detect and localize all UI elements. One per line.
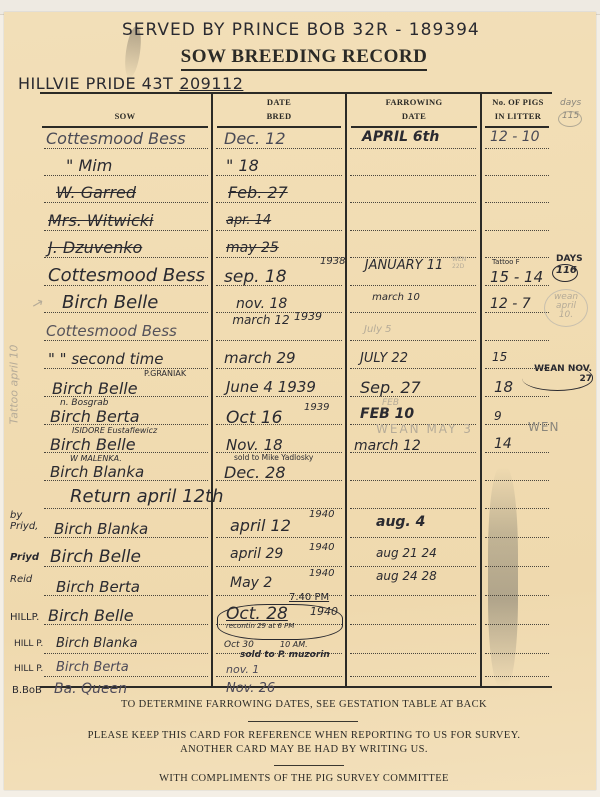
sow-cell: Ba. Queen bbox=[54, 681, 127, 697]
date-bred-cell: march 29 bbox=[224, 349, 296, 367]
farrowing-cell: aug. 4 bbox=[376, 514, 425, 530]
header-farrowing-2: DATE bbox=[348, 109, 480, 123]
date-bred-cell: may 25 bbox=[226, 240, 279, 256]
date-bred-cell: sep. 18 bbox=[224, 267, 287, 287]
sow-cell: Birch Belle bbox=[50, 547, 141, 567]
date-bred-cell: march 12 bbox=[226, 314, 296, 327]
card-title-text: SOW BREEDING RECORD bbox=[181, 46, 428, 71]
farrowing-cell: APRIL 6th bbox=[362, 129, 439, 145]
litter-cell: 12 - 7 bbox=[490, 296, 531, 312]
date-bred-cell: Dec. 12 bbox=[224, 129, 286, 148]
days-label-115: days bbox=[560, 98, 581, 108]
herd-line: HILLVIE PRIDE 43T209112 bbox=[18, 74, 243, 93]
compliments-line: WITH COMPLIMENTS OF THE PIG SURVEY COMMI… bbox=[4, 772, 600, 786]
sow-cell: Birch Blanka bbox=[50, 463, 144, 481]
header-pigs-2: IN LITTER bbox=[483, 109, 553, 123]
sow-cell: Birch Berta bbox=[50, 407, 140, 426]
date-bred-cell: Oct 30 bbox=[224, 640, 254, 650]
header-farrowing-1: FARROWING bbox=[348, 95, 480, 109]
date-bred-cell: " 18 bbox=[226, 156, 259, 175]
header-rule-sow bbox=[42, 126, 208, 128]
litter-cell: 15 bbox=[492, 350, 507, 364]
date-bred-cell: Nov. 18 bbox=[226, 436, 283, 454]
sow-cell: " Mim bbox=[66, 156, 112, 175]
days-label-116: DAYS bbox=[556, 254, 583, 264]
sow-cell: Cottesmood Bess bbox=[48, 265, 205, 286]
sow-cell: Birch Belle bbox=[48, 606, 134, 625]
litter-cell: 12 - 10 bbox=[490, 129, 540, 145]
date-bred-cell: Oct 16 bbox=[226, 408, 282, 428]
wean-nov-note: WEAN NOV. 27 bbox=[524, 364, 592, 384]
footer-divider-1 bbox=[248, 721, 358, 722]
sow-cell: Birch Blanka bbox=[56, 636, 138, 651]
tattoo-note: Tattoo F bbox=[492, 258, 520, 266]
farrowing-cell: Sep. 27 bbox=[360, 378, 421, 397]
served-by-note: SERVED BY PRINCE BOB 32R - 189394 bbox=[122, 20, 480, 40]
sold-note: sold to P. muzorin bbox=[240, 650, 330, 660]
sow-cell: Birch Belle bbox=[50, 435, 136, 454]
arrow-icon: → bbox=[29, 294, 47, 314]
header-date-bred-2: BRED bbox=[214, 109, 344, 123]
date-bred-cell: Nov. 26 bbox=[226, 681, 275, 696]
sold-note: sold to Mike Yadlosky bbox=[234, 453, 313, 462]
sow-prefix: HILL P. bbox=[14, 664, 43, 674]
sow-cell: J. Dzuvenko bbox=[48, 238, 142, 257]
litter-cell: 15 - 14 bbox=[490, 268, 543, 286]
sow-cell: " " second time bbox=[48, 350, 164, 368]
wen-note: WEN bbox=[528, 420, 559, 434]
column-divider-bred bbox=[345, 92, 347, 688]
sow-cell: Birch Berta bbox=[56, 578, 140, 596]
date-bred-cell: Oct. 28 bbox=[226, 604, 288, 624]
bred-time: 7.40 PM bbox=[289, 592, 329, 603]
days-value-116: 116 bbox=[556, 265, 577, 276]
table-top-rule bbox=[40, 92, 552, 94]
keep-card-line-2: ANOTHER CARD MAY BE HAD BY WRITING US. bbox=[4, 743, 600, 757]
farrowing-cell: march 10 bbox=[356, 290, 436, 305]
sow-prefix: B.BoB bbox=[12, 685, 42, 696]
tattoo-side-note: Tattoo april 10 bbox=[7, 345, 20, 425]
sow-owner-note: W MALENKA. bbox=[70, 454, 122, 463]
date-bred-cell: June 4 1939 bbox=[226, 378, 316, 396]
header-rule-bred bbox=[217, 126, 341, 128]
card-title: SOW BREEDING RECORD bbox=[4, 46, 600, 68]
header-rule-pigs bbox=[485, 126, 549, 128]
herd-number: 209112 bbox=[179, 74, 243, 93]
sow-prefix: by Priyd, bbox=[10, 510, 44, 532]
sow-prefix: Priyd bbox=[10, 552, 39, 563]
keep-card-line-1: PLEASE KEEP THIS CARD FOR REFERENCE WHEN… bbox=[4, 729, 600, 743]
farrowing-cell: JULY 22 bbox=[360, 351, 408, 366]
return-note: Return april 12th bbox=[70, 486, 224, 507]
sow-cell: Birch Belle bbox=[62, 292, 158, 313]
date-bred-year: 1939 bbox=[294, 310, 322, 323]
date-bred-year: 1940 bbox=[309, 509, 334, 520]
herd-name: HILLVIE PRIDE 43T bbox=[18, 74, 173, 93]
date-bred-cell: april 29 bbox=[230, 546, 283, 562]
header-sow: SOW bbox=[40, 109, 210, 123]
date-bred-cell: nov. 1 bbox=[226, 663, 259, 676]
litter-cell: 14 bbox=[494, 436, 512, 452]
date-bred-year: 1939 bbox=[304, 402, 329, 413]
recontin-note: recontin 29 at 6 PM bbox=[226, 622, 294, 630]
sow-prefix: HILLP. bbox=[10, 612, 39, 623]
litter-cell: 9 bbox=[494, 409, 502, 423]
wen-jan-note: WEN 22D bbox=[452, 256, 474, 270]
date-bred-cell: Dec. 28 bbox=[224, 463, 286, 482]
wean-may-note: WEAN MAY 3 bbox=[376, 422, 473, 436]
farrowing-cell: JANUARY 11 bbox=[364, 258, 444, 274]
column-divider-farrowing bbox=[480, 92, 482, 688]
footer-divider-2 bbox=[274, 765, 344, 766]
farrowing-cell: FEB 10 bbox=[360, 406, 414, 422]
gestation-note: TO DETERMINE FARROWING DATES, SEE GESTAT… bbox=[4, 698, 600, 712]
sow-cell: Mrs. Witwicki bbox=[48, 211, 153, 230]
date-bred-cell: Feb. 27 bbox=[228, 183, 288, 202]
date-bred-cell: april 12 bbox=[230, 516, 291, 535]
date-bred-year: 1938 bbox=[320, 256, 345, 267]
farrowing-cell: aug 21 24 bbox=[376, 546, 437, 560]
farrowing-cell: aug 24 28 bbox=[376, 569, 437, 583]
litter-cell: 18 bbox=[494, 378, 513, 396]
date-bred-cell: nov. 18 bbox=[236, 296, 287, 312]
days-value-115: 115 bbox=[562, 111, 579, 121]
date-bred-cell: apr. 14 bbox=[226, 213, 271, 228]
farrowing-cell: march 12 bbox=[354, 438, 421, 454]
sow-prefix: Reid bbox=[10, 574, 32, 585]
water-stain bbox=[488, 467, 518, 687]
sow-cell: W. Garred bbox=[56, 183, 136, 202]
date-bred-year: 1940 bbox=[309, 568, 334, 579]
header-pigs-1: No. OF PIGS bbox=[483, 95, 553, 109]
sow-cell: Cottesmood Bess bbox=[46, 322, 177, 340]
sow-owner-note: P.GRANIAK bbox=[144, 369, 186, 378]
wean-april-note: wean april 10. bbox=[549, 293, 583, 320]
sow-breeding-record-card: SERVED BY PRINCE BOB 32R - 189394 SOW BR… bbox=[4, 12, 596, 790]
date-bred-year: 1940 bbox=[310, 605, 338, 618]
farrowing-cell: July 5 bbox=[364, 324, 392, 335]
header-date-bred-1: DATE bbox=[214, 95, 344, 109]
sow-owner-note: ISIDORE Eustafiewicz bbox=[72, 426, 157, 435]
sow-cell: Birch Blanka bbox=[54, 520, 148, 538]
sow-cell: Cottesmood Bess bbox=[46, 129, 186, 148]
date-bred-year: 1940 bbox=[309, 542, 334, 553]
bred-time: 10 AM. bbox=[280, 640, 308, 649]
date-bred-cell: May 2 bbox=[230, 575, 272, 591]
column-divider-sow bbox=[211, 92, 213, 688]
header-rule-farrowing bbox=[351, 126, 477, 128]
sow-cell: Birch Berta bbox=[56, 660, 129, 675]
sow-cell: Birch Belle bbox=[52, 379, 138, 398]
sow-prefix: HILL P. bbox=[14, 639, 43, 649]
